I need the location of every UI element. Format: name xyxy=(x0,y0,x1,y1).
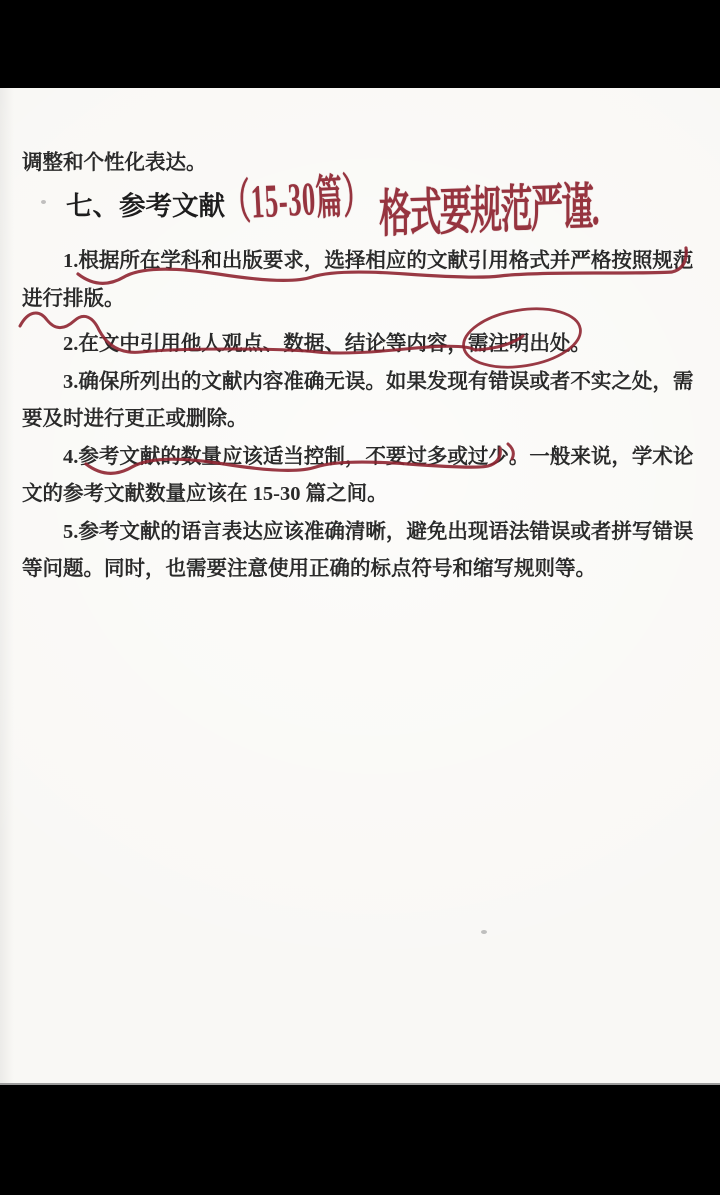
list-item-2: 2.在文中引用他人观点、数据、结论等内容，需注明出处。 xyxy=(22,326,698,364)
paper-sheet: 调整和个性化表达。 七、参考文献 1.根据所在学科和出版要求，选择相应的文献引用… xyxy=(0,88,720,1085)
list-item-3: 3.确保所列出的文献内容准确无误。如果发现有错误或者不实之处，需要及时进行更正或… xyxy=(22,364,698,439)
handwritten-format-annotation: 格式要规范严谨. xyxy=(379,166,598,247)
letterbox-top-bar xyxy=(0,0,720,88)
handwritten-count-annotation: （15-30篇） xyxy=(222,158,371,233)
list-item-5: 5.参考文献的语言表达应该准确清晰，避免出现语法错误或者拼写错误等问题。同时，也… xyxy=(22,514,698,589)
list-item-1: 1.根据所在学科和出版要求，选择相应的文献引用格式并严格按照规范进行排版。 xyxy=(22,243,698,318)
paper-speck-dot xyxy=(481,930,487,934)
paper-speck-dot xyxy=(41,200,46,204)
list-item-4: 4.参考文献的数量应该适当控制，不要过多或过少。一般来说，学术论文的参考文献数量… xyxy=(22,439,698,514)
letterbox-bottom-bar xyxy=(0,1085,720,1195)
photographed-document-page: 调整和个性化表达。 七、参考文献 1.根据所在学科和出版要求，选择相应的文献引用… xyxy=(0,0,720,1195)
